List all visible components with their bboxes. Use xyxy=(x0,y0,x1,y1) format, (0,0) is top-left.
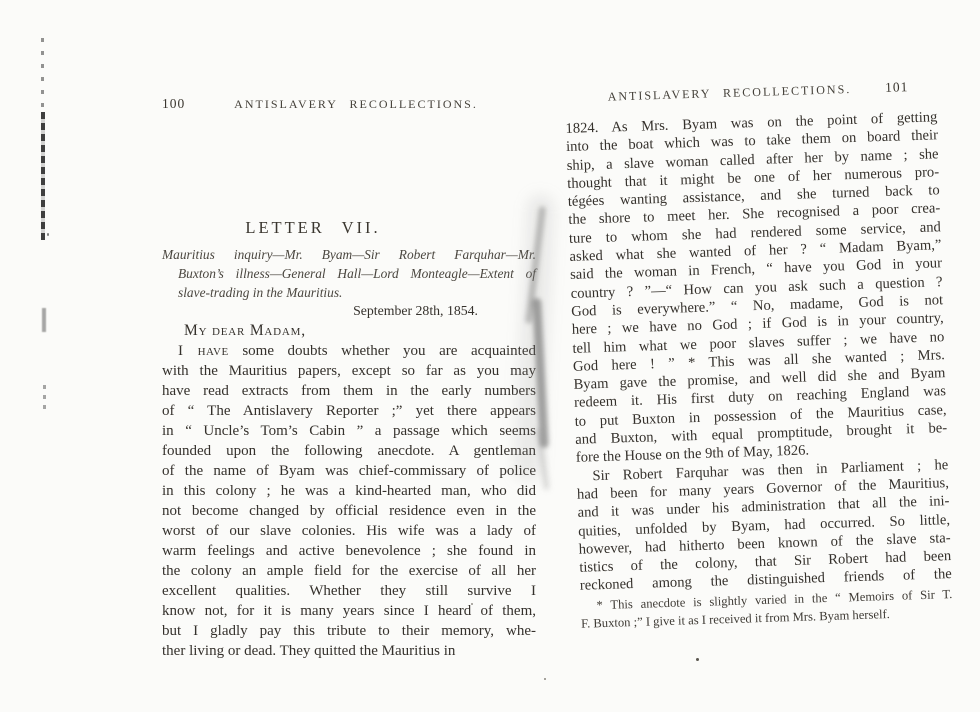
body-line: of the name of Byam was chief-commissary… xyxy=(162,461,536,481)
salutation: My dear Madam, xyxy=(162,322,306,340)
dateline: September 28th, 1854. xyxy=(162,303,536,319)
right-page: ANTISLAVERY RECOLLECTIONS. 101 1824. As … xyxy=(564,68,955,699)
body-line: in “ Uncle’s Tom’s Cabin ” a passage whi… xyxy=(162,421,536,441)
body-line: but I gladly pay this tribute to their m… xyxy=(162,621,536,641)
scan-edge-artifact xyxy=(41,112,45,240)
letter-body: I have some doubts whether you are acqua… xyxy=(162,341,536,661)
scan-edge-artifact xyxy=(42,308,46,332)
body-line: of “ The Antislavery Reporter ;” yet the… xyxy=(162,401,536,421)
body-line: know not, for it is many years since I h… xyxy=(162,601,536,621)
body-line: I have some doubts whether you are acqua… xyxy=(162,341,536,361)
scan-edge-artifact xyxy=(41,38,44,110)
body-line: the colony an ample field for the exerci… xyxy=(162,561,536,581)
scan-edge-artifact xyxy=(47,233,49,236)
summary-line: Buxton’s illness—General Hall—Lord Monte… xyxy=(162,265,536,284)
scan-edge-artifact xyxy=(43,385,46,415)
body-line: founded upon the following anecdote. A g… xyxy=(162,441,536,461)
body-line: warm feelings and active benevolence ; s… xyxy=(162,541,536,561)
body-line-text: some doubts whether you are acquainted xyxy=(242,343,536,359)
body-line: not become changed by official residence… xyxy=(162,501,536,521)
letter-title: LETTER VII. xyxy=(126,218,500,238)
page-body: 1824. As Mrs. Byam was on the point of g… xyxy=(565,108,952,595)
body-line: have read extracts from them in the earl… xyxy=(162,381,536,401)
gutter-shadow xyxy=(536,428,550,490)
left-page: 100 ANTISLAVERY RECOLLECTIONS. LETTER VI… xyxy=(162,96,536,676)
body-line: excellent qualities. Whether they still … xyxy=(162,581,536,601)
summary-line: slave-trading in the Mauritius. xyxy=(162,284,536,303)
letter-summary: Mauritius inquiry—Mr. Byam—Sir Robert Fa… xyxy=(162,246,536,302)
right-page-header: ANTISLAVERY RECOLLECTIONS. 101 xyxy=(564,78,936,106)
running-header-right: ANTISLAVERY RECOLLECTIONS. xyxy=(578,81,880,105)
running-header-left: ANTISLAVERY RECOLLECTIONS. xyxy=(198,97,514,112)
body-line: worst of our slave colonies. His wife wa… xyxy=(162,521,536,541)
body-lead-smallcaps: I have xyxy=(178,343,229,359)
body-line: in this colony ; he was a kind-hearted m… xyxy=(162,481,536,501)
summary-line: Mauritius inquiry—Mr. Byam—Sir Robert Fa… xyxy=(162,246,536,265)
body-line: ther living or dead. They quitted the Ma… xyxy=(162,641,536,661)
ink-speck xyxy=(544,678,546,680)
body-line: with the Mauritius papers, except so far… xyxy=(162,361,536,381)
left-page-header: 100 ANTISLAVERY RECOLLECTIONS. xyxy=(162,96,536,112)
